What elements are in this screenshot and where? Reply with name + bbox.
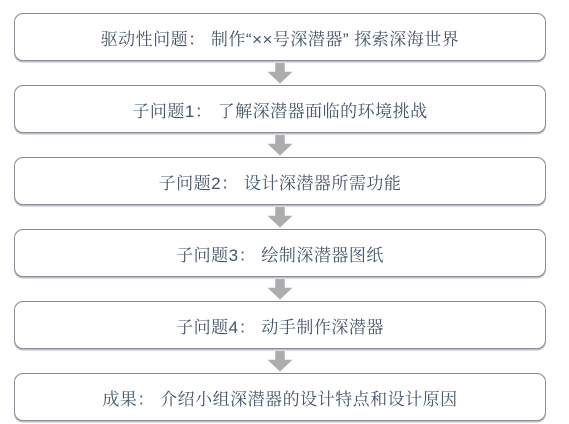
flow-step-outcome: 成果： 介绍小组深潜器的设计特点和设计原因 — [14, 373, 546, 421]
connector-row — [14, 205, 546, 229]
flow-step-label: 成果： 介绍小组深潜器的设计特点和设计原因 — [102, 385, 457, 410]
flow-step-label: 子问题4： 动手制作深潜器 — [176, 313, 384, 338]
flow-step-driving-question: 驱动性问题： 制作“××号深潜器” 探索深海世界 — [14, 13, 546, 61]
connector-row — [14, 277, 546, 301]
flow-step-sub-question-2: 子问题2： 设计深潜器所需功能 — [14, 157, 546, 205]
arrow-down-icon — [268, 207, 293, 228]
flowchart: 驱动性问题： 制作“××号深潜器” 探索深海世界 子问题1： 了解深潜器面临的环… — [0, 0, 569, 421]
arrow-down-icon — [268, 279, 293, 300]
flow-step-sub-question-1: 子问题1： 了解深潜器面临的环境挑战 — [14, 85, 546, 133]
arrow-down-icon — [268, 351, 293, 372]
flow-step-sub-question-3: 子问题3： 绘制深潜器图纸 — [14, 229, 546, 277]
connector-row — [14, 349, 546, 373]
arrow-down-icon — [268, 135, 293, 156]
flow-step-label: 子问题2： 设计深潜器所需功能 — [159, 169, 402, 194]
connector-row — [14, 133, 546, 157]
flow-step-label: 子问题1： 了解深潜器面临的环境挑战 — [132, 97, 427, 122]
connector-row — [14, 61, 546, 85]
flow-step-sub-question-4: 子问题4： 动手制作深潜器 — [14, 301, 546, 349]
flow-step-label: 子问题3： 绘制深潜器图纸 — [176, 241, 384, 266]
arrow-down-icon — [268, 63, 293, 84]
flow-step-label: 驱动性问题： 制作“××号深潜器” 探索深海世界 — [101, 25, 460, 50]
